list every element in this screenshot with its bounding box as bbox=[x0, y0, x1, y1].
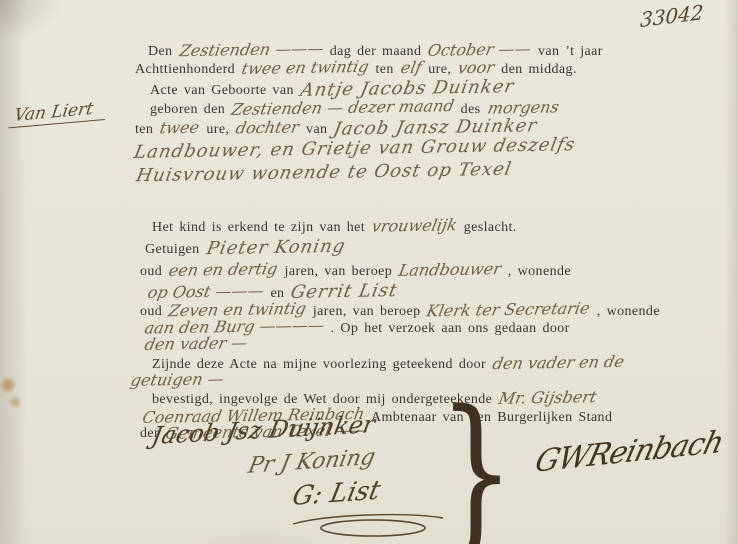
handwritten-text: een en dertig bbox=[167, 261, 279, 279]
handwritten-text: Zestienden — dezer maand bbox=[230, 98, 455, 118]
line-requested-by: den vader — bbox=[142, 336, 254, 353]
handwritten-text: vrouwelijk bbox=[370, 217, 458, 234]
handwritten-witness1-name: Pieter Koning bbox=[205, 238, 347, 258]
page-number: 33042 bbox=[640, 0, 704, 32]
handwritten-text: den vader — bbox=[143, 335, 249, 353]
printed-text: ure, bbox=[428, 62, 451, 77]
handwritten-text: dochter bbox=[235, 119, 301, 136]
line-year-hour: Achttienhonderdtwee en twintigtenelfure,… bbox=[135, 60, 581, 77]
printed-text: Achttienhonderd bbox=[135, 62, 235, 77]
margin-note: Van Liert bbox=[8, 98, 108, 129]
printed-text: oud bbox=[140, 304, 162, 319]
curly-brace-icon: } bbox=[438, 408, 515, 536]
line-gender: Het kind is erkend te zijn van hetvrouwe… bbox=[152, 218, 521, 235]
printed-text: oud bbox=[140, 264, 162, 279]
line-father-occupation-mother: Landbouwer, en Grietje van Grouw deszelf… bbox=[132, 140, 581, 158]
handwritten-text: Zestienden ——— bbox=[178, 41, 325, 59]
line-witness1-residence: op Oost ———enGerrit List bbox=[145, 283, 405, 301]
handwritten-text: twee bbox=[159, 120, 201, 137]
handwritten-text: Landbouwer bbox=[397, 261, 502, 279]
printed-text: ure, bbox=[206, 122, 229, 137]
handwritten-text: twee en twintig bbox=[240, 59, 370, 77]
printed-text: jaren, van beroep bbox=[313, 304, 421, 319]
line-day-month: DenZestienden ———dag der maandOctober ——… bbox=[148, 42, 607, 59]
handwritten-text: Klerk ter Secretarie bbox=[426, 301, 592, 320]
signature-witness-pieter-koning: Pr J Koning bbox=[246, 447, 377, 478]
line-act-title: Acte van Geboorte vanAntje Jacobs Duinke… bbox=[150, 80, 521, 98]
line-birth-time-father: tentweeure,dochtervanJacob Jansz Duinker bbox=[135, 119, 544, 137]
signature-official-reinbach: GWReinbach bbox=[532, 427, 726, 478]
printed-text: geslacht. bbox=[464, 220, 517, 235]
printed-text: ten bbox=[375, 62, 393, 77]
handwritten-text: getuigen — bbox=[129, 371, 225, 389]
printed-text: Getuigen bbox=[145, 242, 200, 257]
printed-text: van ’t jaar bbox=[538, 44, 603, 59]
signature-flourish-icon bbox=[288, 506, 448, 540]
printed-text: , wonende bbox=[597, 304, 660, 319]
printed-text: des bbox=[461, 102, 481, 117]
line-witness1-age-occupation: oudeen en dertigjaren, van beroepLandbou… bbox=[140, 262, 575, 279]
printed-text: van bbox=[306, 122, 327, 137]
printed-text: ten bbox=[135, 122, 153, 137]
line-mother-residence: Huisvrouw wonende te Oost op Texel bbox=[134, 164, 518, 182]
handwritten-text: den vader en de bbox=[491, 354, 625, 372]
handwritten-text: morgens bbox=[486, 99, 560, 116]
line-born-day: geboren denZestienden — dezer maanddesmo… bbox=[150, 100, 565, 117]
handwritten-text: October —— bbox=[427, 41, 533, 59]
printed-text: Acte van Geboorte van bbox=[150, 83, 294, 98]
handwritten-text: voor bbox=[457, 60, 496, 77]
printed-text: Den bbox=[148, 44, 173, 59]
line-confirmed-by-official: bevestigd, ingevolge de Wet door mij ond… bbox=[152, 390, 604, 407]
handwritten-text: Huisvrouw wonende te Oost op Texel bbox=[135, 161, 514, 186]
printed-text: Het kind is erkend te zijn van het bbox=[152, 220, 365, 235]
printed-text: den middag. bbox=[501, 62, 577, 77]
line-witnesses: GetuigenPieter Koning bbox=[145, 239, 352, 257]
birth-act-document-page: 33042 Van Liert DenZestienden ———dag der… bbox=[0, 0, 738, 544]
line-witnesses-continued: getuigen — bbox=[128, 372, 231, 389]
printed-text: jaren, van beroep bbox=[285, 264, 393, 279]
printed-text: geboren den bbox=[150, 102, 225, 117]
handwritten-text: op Oost ——— bbox=[146, 283, 265, 301]
printed-text: , wonende bbox=[508, 264, 571, 279]
handwritten-text: elf bbox=[399, 60, 423, 76]
printed-text: . Op het verzoek aan ons gedaan door bbox=[331, 321, 570, 336]
